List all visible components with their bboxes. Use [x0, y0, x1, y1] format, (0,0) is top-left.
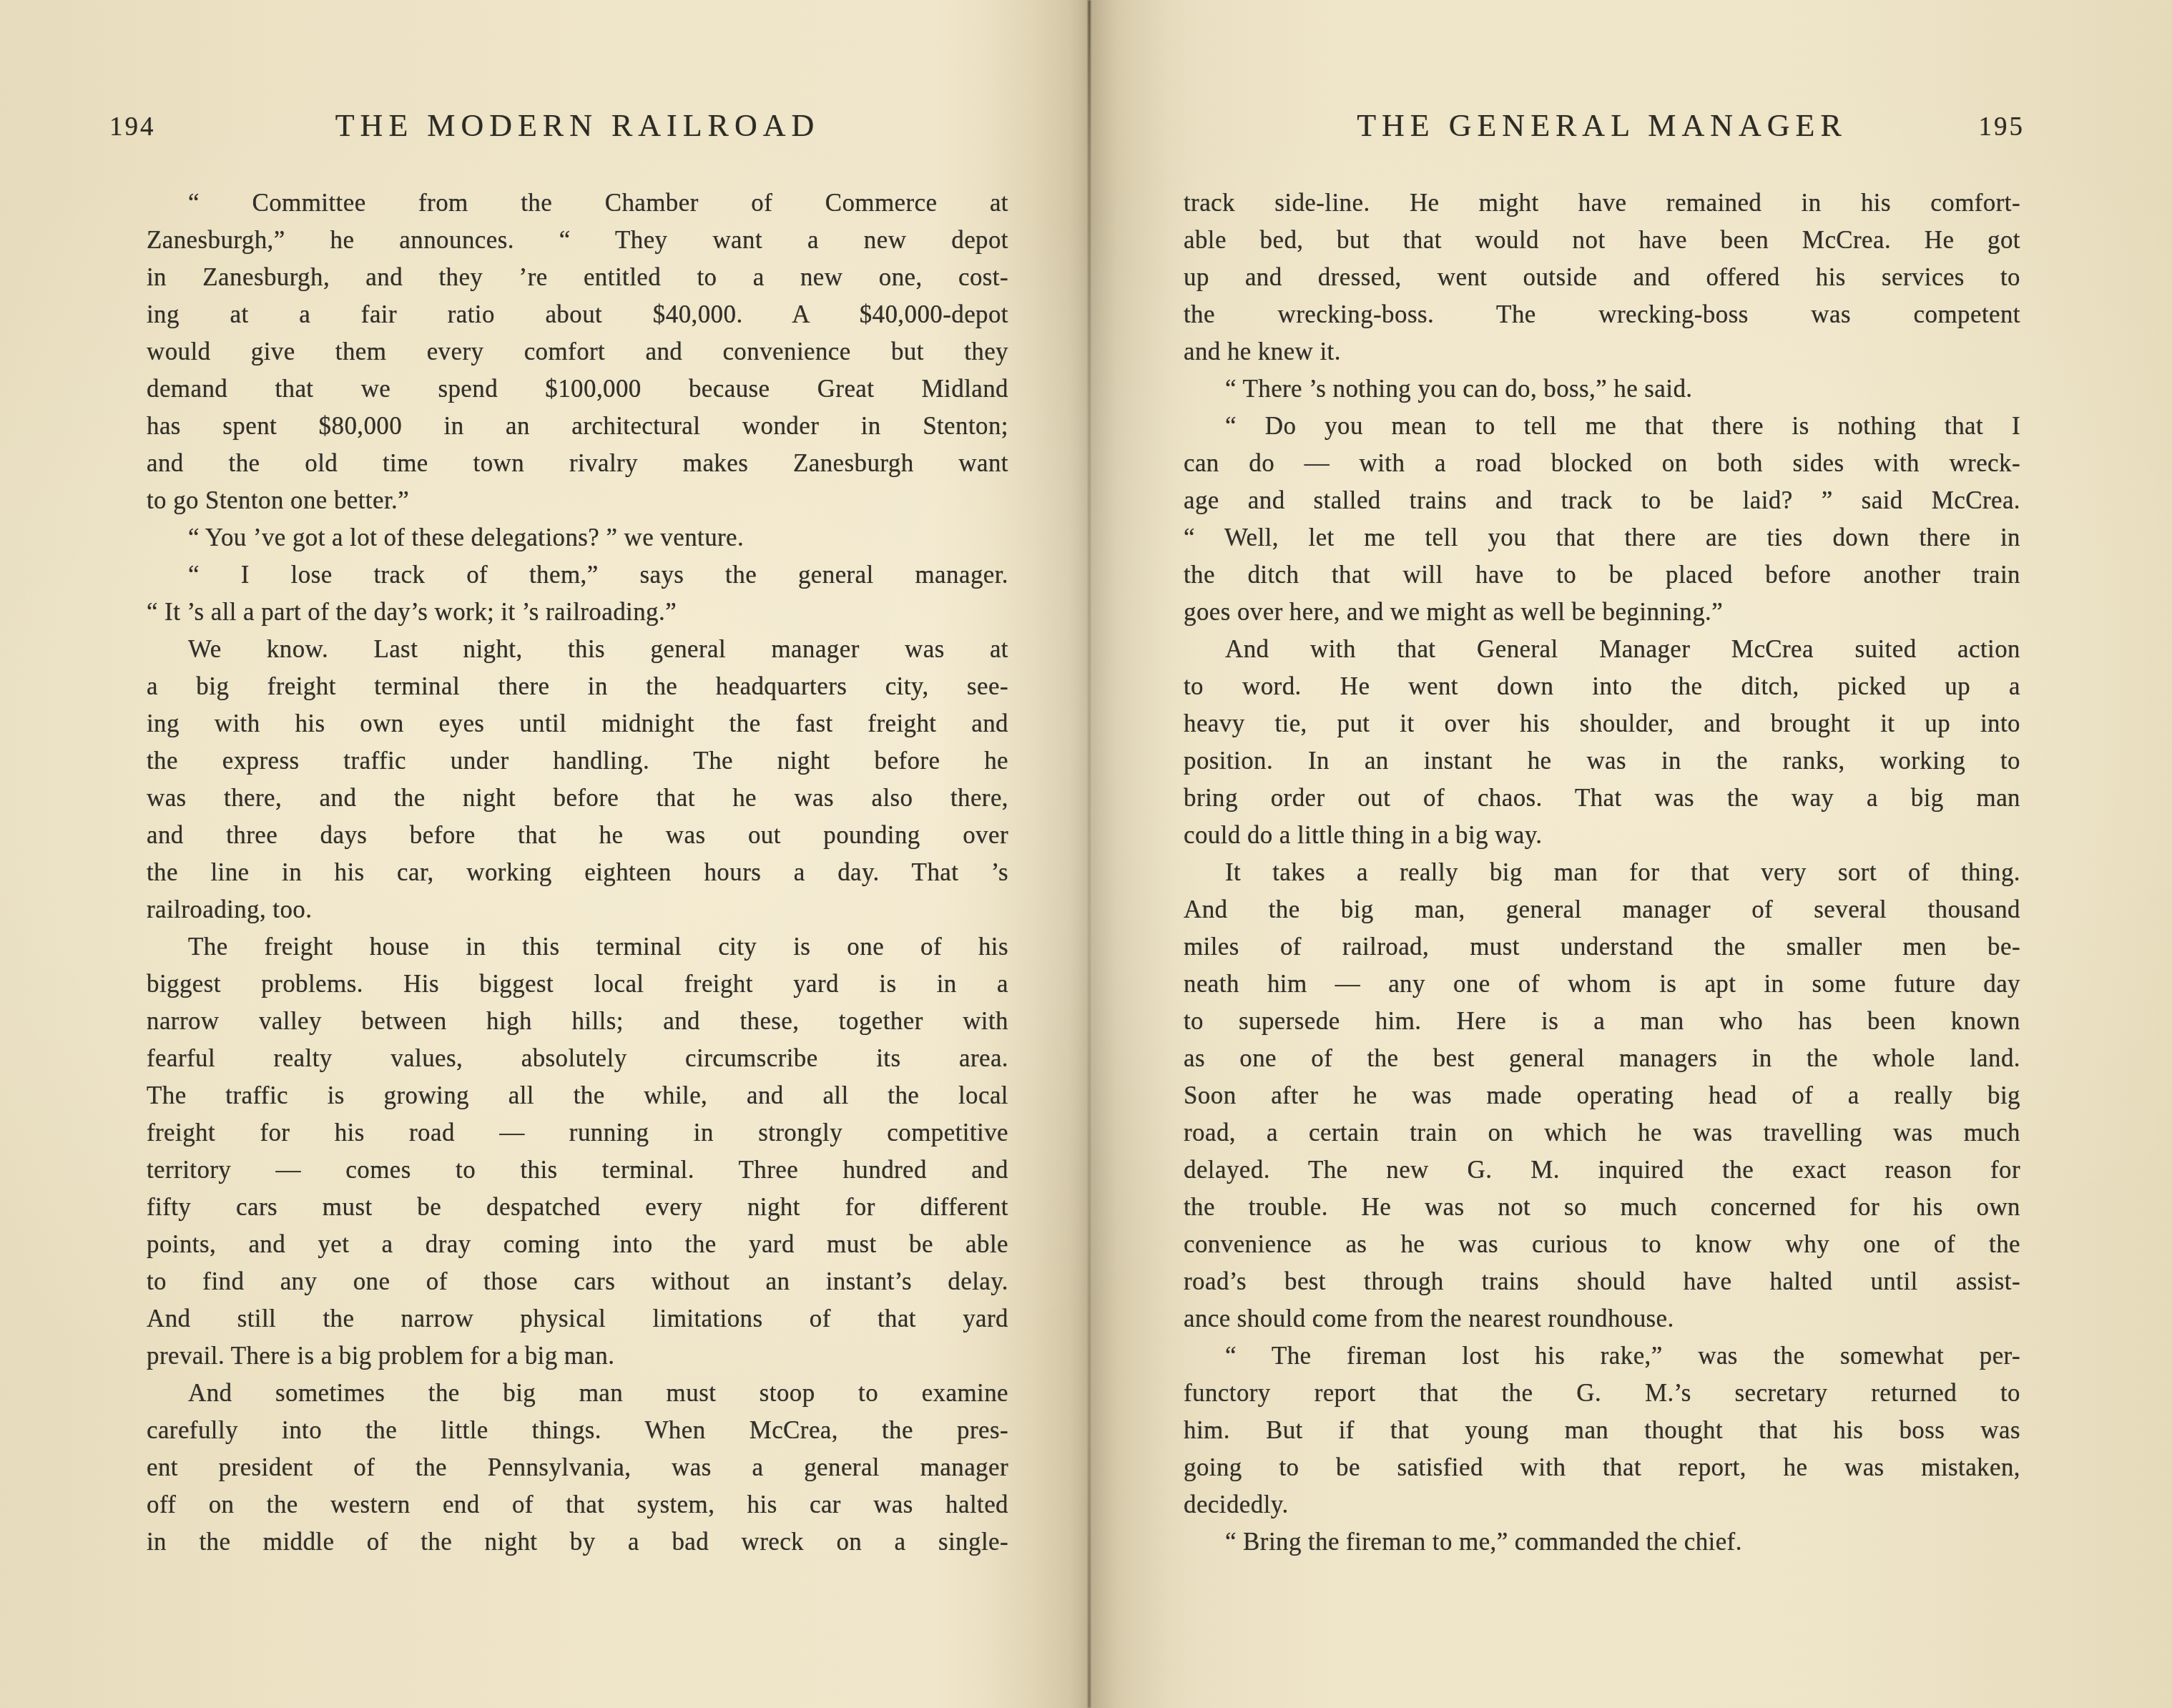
text-line: to go Stenton one better.”: [147, 482, 1008, 519]
text-line: in the middle of the night by a bad wrec…: [147, 1523, 1008, 1561]
text-line: in Zanesburgh, and they ’re entitled to …: [147, 259, 1008, 296]
text-line: could do a little thing in a big way.: [1184, 817, 2020, 854]
text-line: biggest problems. His biggest local frei…: [147, 966, 1008, 1003]
text-line: and he knew it.: [1184, 333, 2020, 370]
book-spread: 194 THE MODERN RAILROAD “ Committee from…: [0, 0, 2172, 1708]
text-line: “ Well, let me tell you that there are t…: [1184, 519, 2020, 556]
text-line: neath him — any one of whom is apt in so…: [1184, 966, 2020, 1003]
text-line: has spent $80,000 in an architectural wo…: [147, 408, 1008, 445]
text-line: We know. Last night, this general manage…: [147, 631, 1008, 668]
left-running-head: THE MODERN RAILROAD: [147, 107, 1008, 144]
text-line: road, a certain train on which he was tr…: [1184, 1114, 2020, 1152]
text-line: prevail. There is a big problem for a bi…: [147, 1338, 1008, 1375]
right-page-text: track side-line. He might have remained …: [1184, 185, 2020, 1561]
right-page-header: THE GENERAL MANAGER 195: [1184, 107, 2020, 157]
text-line: a big freight terminal there in the head…: [147, 668, 1008, 705]
text-line: convenience as he was curious to know wh…: [1184, 1226, 2020, 1263]
text-line: carefully into the little things. When M…: [147, 1412, 1008, 1449]
text-line: and three days before that he was out po…: [147, 817, 1008, 854]
right-running-head: THE GENERAL MANAGER: [1184, 107, 2020, 144]
text-line: “ I lose track of them,” says the genera…: [147, 556, 1008, 594]
text-line: demand that we spend $100,000 because Gr…: [147, 370, 1008, 408]
text-line: “ It ’s all a part of the day’s work; it…: [147, 594, 1008, 631]
text-line: “ There ’s nothing you can do, boss,” he…: [1184, 370, 2020, 408]
text-line: fearful realty values, absolutely circum…: [147, 1040, 1008, 1077]
gutter-crease-line: [1088, 0, 1091, 1708]
text-line: “ You ’ve got a lot of these delegations…: [147, 519, 1008, 556]
left-page-text: “ Committee from the Chamber of Commerce…: [147, 185, 1008, 1561]
text-line: the ditch that will have to be placed be…: [1184, 556, 2020, 594]
text-line: Zanesburgh,” he announces. “ They want a…: [147, 222, 1008, 259]
text-line: to word. He went down into the ditch, pi…: [1184, 668, 2020, 705]
text-line: Soon after he was made operating head of…: [1184, 1077, 2020, 1114]
text-line: territory — comes to this terminal. Thre…: [147, 1152, 1008, 1189]
left-page-header: 194 THE MODERN RAILROAD: [147, 107, 1008, 157]
text-line: was there, and the night before that he …: [147, 780, 1008, 817]
gutter-shadow: [987, 0, 1202, 1708]
text-line: to find any one of those cars without an…: [147, 1263, 1008, 1300]
text-line: the express traffic under handling. The …: [147, 742, 1008, 780]
text-line: And still the narrow physical limitation…: [147, 1300, 1008, 1338]
text-line: able bed, but that would not have been M…: [1184, 222, 2020, 259]
right-page-number: 195: [1979, 112, 2025, 142]
text-line: the line in his car, working eighteen ho…: [147, 854, 1008, 891]
text-line: The freight house in this terminal city …: [147, 928, 1008, 966]
text-line: him. But if that young man thought that …: [1184, 1412, 2020, 1449]
text-line: the wrecking-boss. The wrecking-boss was…: [1184, 296, 2020, 333]
text-line: “ Do you mean to tell me that there is n…: [1184, 408, 2020, 445]
text-line: position. In an instant he was in the ra…: [1184, 742, 2020, 780]
text-line: going to be satisfied with that report, …: [1184, 1449, 2020, 1486]
text-line: goes over here, and we might as well be …: [1184, 594, 2020, 631]
text-line: ing with his own eyes until midnight the…: [147, 705, 1008, 742]
text-line: ent president of the Pennsylvania, was a…: [147, 1449, 1008, 1486]
right-page: THE GENERAL MANAGER 195 track side-line.…: [1184, 107, 2020, 157]
text-line: It takes a really big man for that very …: [1184, 854, 2020, 891]
text-line: to supersede him. Here is a man who has …: [1184, 1003, 2020, 1040]
text-line: ance should come from the nearest roundh…: [1184, 1300, 2020, 1338]
text-line: “ The fireman lost his rake,” was the so…: [1184, 1338, 2020, 1375]
text-line: age and stalled trains and track to be l…: [1184, 482, 2020, 519]
text-line: decidedly.: [1184, 1486, 2020, 1523]
left-page-number: 194: [109, 112, 156, 142]
text-line: track side-line. He might have remained …: [1184, 185, 2020, 222]
text-line: miles of railroad, must understand the s…: [1184, 928, 2020, 966]
text-line: functory report that the G. M.’s secreta…: [1184, 1375, 2020, 1412]
text-line: would give them every comfort and conven…: [147, 333, 1008, 370]
text-line: as one of the best general managers in t…: [1184, 1040, 2020, 1077]
text-line: And the big man, general manager of seve…: [1184, 891, 2020, 928]
text-line: narrow valley between high hills; and th…: [147, 1003, 1008, 1040]
text-line: “ Committee from the Chamber of Commerce…: [147, 185, 1008, 222]
text-line: road’s best through trains should have h…: [1184, 1263, 2020, 1300]
text-line: The traffic is growing all the while, an…: [147, 1077, 1008, 1114]
text-line: ing at a fair ratio about $40,000. A $40…: [147, 296, 1008, 333]
text-line: up and dressed, went outside and offered…: [1184, 259, 2020, 296]
text-line: heavy tie, put it over his shoulder, and…: [1184, 705, 2020, 742]
text-line: off on the western end of that system, h…: [147, 1486, 1008, 1523]
text-line: the trouble. He was not so much concerne…: [1184, 1189, 2020, 1226]
text-line: delayed. The new G. M. inquired the exac…: [1184, 1152, 2020, 1189]
text-line: fifty cars must be despatched every nigh…: [147, 1189, 1008, 1226]
text-line: points, and yet a dray coming into the y…: [147, 1226, 1008, 1263]
text-line: can do — with a road blocked on both sid…: [1184, 445, 2020, 482]
text-line: And with that General Manager McCrea sui…: [1184, 631, 2020, 668]
text-line: railroading, too.: [147, 891, 1008, 928]
text-line: bring order out of chaos. That was the w…: [1184, 780, 2020, 817]
left-page: 194 THE MODERN RAILROAD “ Committee from…: [147, 107, 1008, 157]
text-line: and the old time town rivalry makes Zane…: [147, 445, 1008, 482]
text-line: freight for his road — running in strong…: [147, 1114, 1008, 1152]
text-line: “ Bring the fireman to me,” commanded th…: [1184, 1523, 2020, 1561]
text-line: And sometimes the big man must stoop to …: [147, 1375, 1008, 1412]
